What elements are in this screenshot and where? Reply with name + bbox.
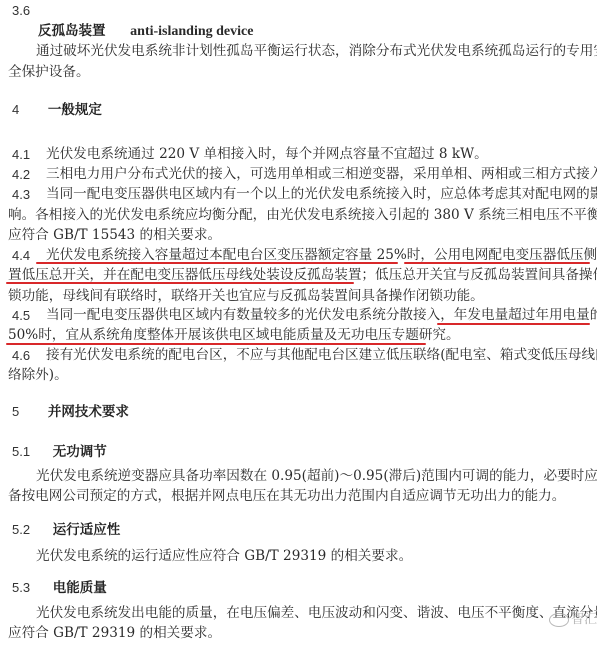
section-number-3-6: 3.6	[12, 2, 30, 20]
item-number: 4.4	[12, 247, 30, 265]
subsection-5-3-line-1: 光伏发电系统发出电能的质量，在电压偏差、电压波动和闪变、谐波、电压不平衡度、直流…	[36, 604, 597, 622]
watermark: 智汇	[549, 608, 597, 627]
subsection-heading-5-3: 5.3 电能质量	[12, 579, 107, 597]
term-heading: 反孤岛装置 anti-islanding device	[38, 22, 253, 41]
highlight-underline	[437, 323, 590, 325]
definition-line-1: 通过破坏光伏发电系统非计划性孤岛平衡运行状态，消除分布式光伏发电系统孤岛运行的专…	[36, 42, 597, 60]
subsection-heading-5-2: 5.2 运行适应性	[12, 521, 120, 539]
item-number: 4.2	[12, 166, 30, 184]
section-title: 并网技术要求	[48, 404, 129, 420]
watermark-text: 智汇	[571, 612, 597, 627]
item-4-6-line-1: 接有光伏发电系统的配电台区，不应与其他配电台区建立低压联络(配电室、箱式变低压母…	[46, 346, 597, 364]
item-4-5-line-2: 50%时，宜从系统角度整体开展该供电区域电能质量及无功电压专题研究。	[8, 326, 460, 344]
item-4-4-line-3: 锁功能，母线间有联络时，联络开关也宜应与反孤岛装置间具备操作闭锁功能。	[8, 287, 484, 305]
highlight-underline	[6, 282, 354, 284]
item-4-1-line-1: 光伏发电系统通过 220 V 单相接入时，每个并网点容量不宜超过 8 kW。	[46, 145, 488, 163]
item-4-6-line-2: 络除外)。	[8, 366, 68, 384]
definition-line-2: 全保护设备。	[8, 63, 90, 81]
item-4-3-line-1: 当同一配电变压器供电区域内有一个以上的光伏发电系统接入时，应总体考虑其对配电网的…	[46, 185, 597, 203]
highlight-underline	[36, 262, 398, 264]
subsection-heading-5-1: 5.1 无功调节	[12, 443, 107, 461]
section-title: 一般规定	[48, 102, 102, 118]
item-number: 4.6	[12, 347, 30, 365]
highlight-underline	[404, 262, 590, 264]
item-4-5-line-1: 当同一配电变压器供电区域内有数量较多的光伏发电系统分散接入，年发电量超过年用电量…	[46, 306, 597, 324]
highlight-underline	[6, 343, 426, 345]
wechat-bubble-icon	[549, 613, 569, 627]
item-4-3-line-3: 应符合 GB/T 15543 的相关要求。	[8, 226, 221, 244]
term-en: anti-islanding device	[130, 24, 253, 39]
item-number: 4.1	[12, 146, 30, 164]
subsection-5-3-line-2: 应符合 GB/T 29319 的相关要求。	[8, 624, 221, 642]
section-heading-4: 4 一般规定	[12, 101, 102, 119]
subsection-5-2-line-1: 光伏发电系统的运行适应性应符合 GB/T 29319 的相关要求。	[36, 547, 412, 565]
subsection-5-1-line-2: 备按电网公司预定的方式，根据并网点电压在其无功出力范围内自适应调节无功出力的能力…	[8, 487, 565, 505]
item-4-3-line-2: 响。各相接入的光伏发电系统应均衡分配，由光伏发电系统接入引起的 380 V 系统…	[8, 206, 597, 224]
term-cn: 反孤岛装置	[38, 23, 106, 39]
item-number: 4.5	[12, 307, 30, 325]
section-heading-5: 5 并网技术要求	[12, 403, 129, 421]
item-number: 4.3	[12, 186, 30, 204]
subsection-5-1-line-1: 光伏发电系统逆变器应具备功率因数在 0.95(超前)～0.95(滞后)范围内可调…	[36, 467, 597, 485]
item-4-2-line-1: 三相电力用户分布式光伏的接入，可选用单相或三相逆变器，采用单相、两相或三相方式接…	[46, 165, 597, 183]
